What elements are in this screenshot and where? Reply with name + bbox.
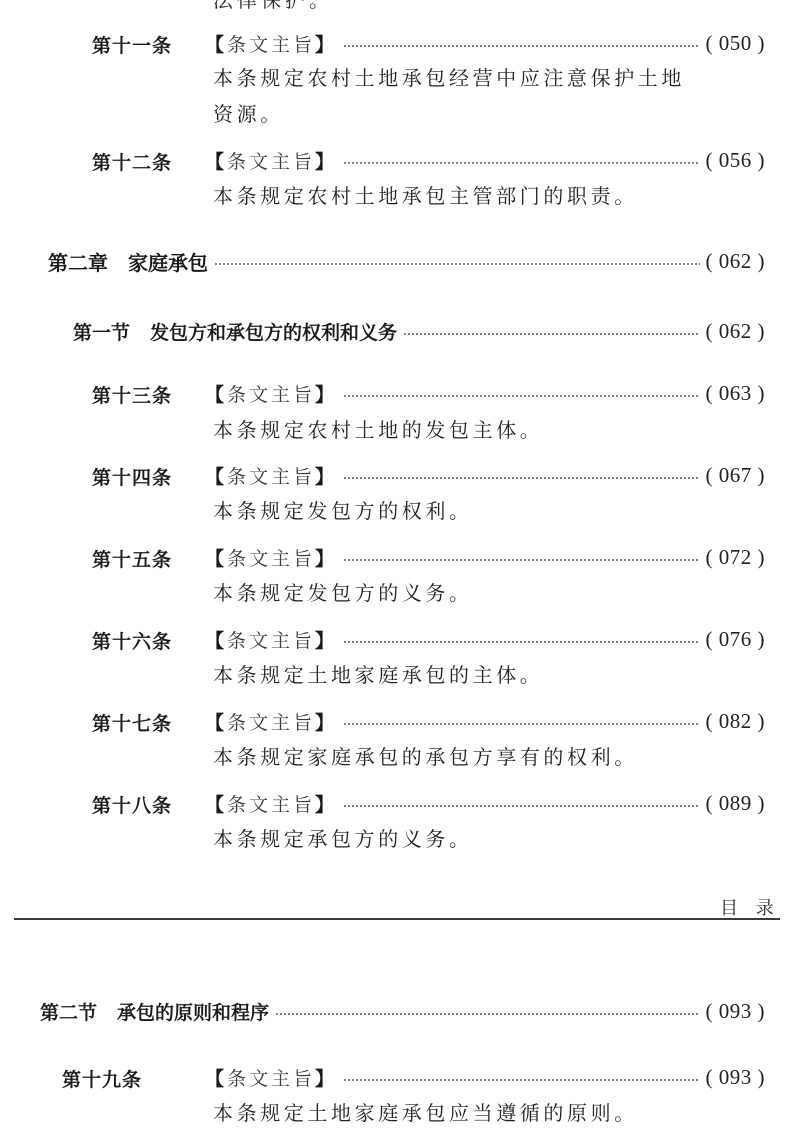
dot-leader <box>343 395 699 397</box>
article-gist-heading: 【条文主旨】 <box>205 544 337 571</box>
article-gist-heading: 【条文主旨】 <box>205 790 337 817</box>
article-gist-heading: 【条文主旨】 <box>205 1064 337 1091</box>
dot-leader <box>403 333 699 335</box>
toc-entry-chapter-2[interactable]: 第二章家庭承包 ( 062 ) <box>48 248 765 274</box>
article-description: 本条规定农村土地的发包主体。 <box>213 412 713 448</box>
article-description: 本条规定家庭承包的承包方享有的权利。 <box>213 739 713 775</box>
dot-leader <box>343 723 699 725</box>
toc-entry-article-13[interactable]: 【条文主旨】 ( 063 ) <box>205 380 765 406</box>
dot-leader <box>343 1079 699 1081</box>
toc-entry-article-19[interactable]: 【条文主旨】 ( 093 ) <box>205 1064 765 1090</box>
page-number: ( 072 ) <box>706 545 766 570</box>
section-title: 第一节发包方和承包方的权利和义务 <box>73 318 397 345</box>
toc-entry-article-18[interactable]: 【条文主旨】 ( 089 ) <box>205 790 765 816</box>
page-number: ( 050 ) <box>706 31 766 56</box>
article-description: 本条规定土地家庭承包的主体。 <box>213 657 713 693</box>
article-label-18: 第十八条 <box>92 791 172 818</box>
header-rule <box>14 918 780 920</box>
article-description: 本条规定农村土地承包主管部门的职责。 <box>213 178 713 214</box>
dot-leader <box>343 559 699 561</box>
running-head: 目 录 <box>720 894 780 920</box>
toc-entry-article-15[interactable]: 【条文主旨】 ( 072 ) <box>205 544 765 570</box>
article-label-17: 第十七条 <box>92 709 172 736</box>
toc-entry-section-1[interactable]: 第一节发包方和承包方的权利和义务 ( 062 ) <box>73 318 765 344</box>
article-description: 本条规定发包方的义务。 <box>213 575 713 611</box>
toc-entry-article-12[interactable]: 【条文主旨】 ( 056 ) <box>205 147 765 173</box>
page-number: ( 082 ) <box>706 709 766 734</box>
page-number: ( 093 ) <box>706 1065 766 1090</box>
dot-leader <box>214 263 700 265</box>
article-label-13: 第十三条 <box>92 381 172 408</box>
dot-leader <box>343 45 699 47</box>
article-gist-heading: 【条文主旨】 <box>205 708 337 735</box>
article-description: 本条规定农村土地承包经营中应注意保护土地资源。 <box>213 60 703 132</box>
chapter-title: 第二章家庭承包 <box>48 247 208 276</box>
article-label-11: 第十一条 <box>92 31 172 58</box>
page-number: ( 056 ) <box>706 148 766 173</box>
article-gist-heading: 【条文主旨】 <box>205 380 337 407</box>
article-label-12: 第十二条 <box>92 148 172 175</box>
dot-leader <box>343 477 699 479</box>
page-number: ( 093 ) <box>706 999 766 1024</box>
cut-off-description: 法律保护。 <box>213 0 333 13</box>
article-description: 本条规定土地家庭承包应当遵循的原则。 <box>213 1095 713 1131</box>
page-number: ( 063 ) <box>706 381 766 406</box>
page-number: ( 067 ) <box>706 463 766 488</box>
article-label-14: 第十四条 <box>92 463 172 490</box>
article-gist-heading: 【条文主旨】 <box>205 462 337 489</box>
dot-leader <box>343 162 699 164</box>
article-label-19: 第十九条 <box>62 1065 142 1092</box>
toc-entry-article-17[interactable]: 【条文主旨】 ( 082 ) <box>205 708 765 734</box>
toc-entry-article-11[interactable]: 【条文主旨】 ( 050 ) <box>205 30 765 56</box>
article-label-15: 第十五条 <box>92 545 172 572</box>
article-gist-heading: 【条文主旨】 <box>205 147 337 174</box>
toc-entry-article-16[interactable]: 【条文主旨】 ( 076 ) <box>205 626 765 652</box>
page-number: ( 089 ) <box>706 791 766 816</box>
page-number: ( 062 ) <box>706 249 766 274</box>
section-title: 第二节承包的原则和程序 <box>40 998 269 1025</box>
dot-leader <box>343 641 699 643</box>
article-gist-heading: 【条文主旨】 <box>205 626 337 653</box>
page-number: ( 076 ) <box>706 627 766 652</box>
toc-entry-article-14[interactable]: 【条文主旨】 ( 067 ) <box>205 462 765 488</box>
dot-leader <box>275 1013 699 1015</box>
article-gist-heading: 【条文主旨】 <box>205 30 337 57</box>
article-description: 本条规定发包方的权利。 <box>213 493 713 529</box>
toc-entry-section-2[interactable]: 第二节承包的原则和程序 ( 093 ) <box>40 998 765 1024</box>
article-label-16: 第十六条 <box>92 627 172 654</box>
page-number: ( 062 ) <box>706 319 766 344</box>
dot-leader <box>343 805 699 807</box>
article-description: 本条规定承包方的义务。 <box>213 821 713 857</box>
